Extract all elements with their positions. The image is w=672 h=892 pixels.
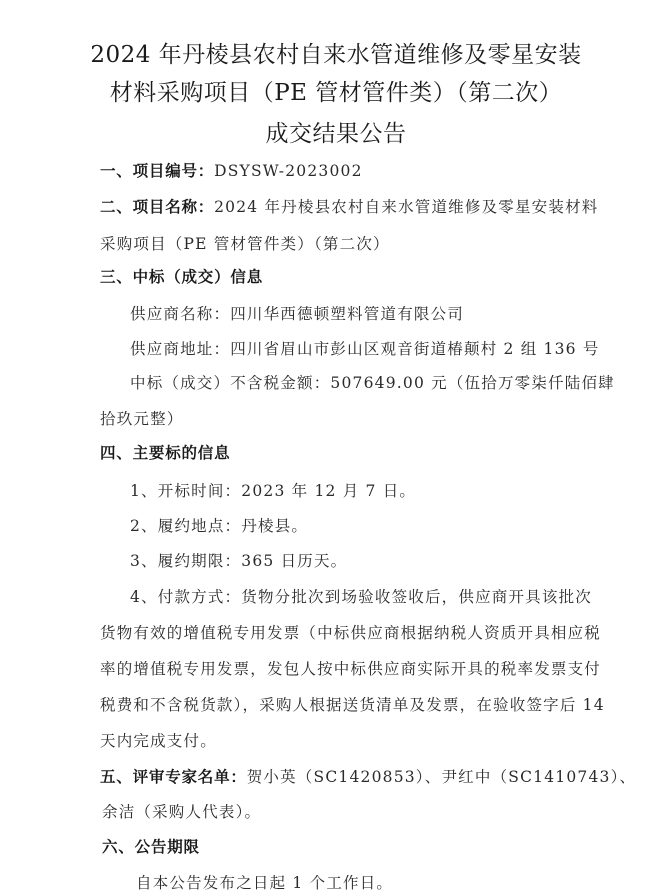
supplier-name: 供应商名称：四川华西德顿塑料管道有限公司 bbox=[130, 302, 464, 324]
payment-method-line-3: 率的增值税专用发票，发包人按中标供应商实际开具的税率发票支付 bbox=[100, 657, 601, 679]
document-page: 2024 年丹棱县农村自来水管道维修及零星安装 材料采购项目（PE 管材管件类）… bbox=[0, 0, 672, 892]
project-number-value: DSYSW-2023002 bbox=[214, 162, 363, 180]
experts-value: 贺小英（SC1420853）、尹红中（SC1410743）、 bbox=[247, 768, 637, 786]
supplier-address: 供应商地址：四川省眉山市彭山区观音街道椿颠村 2 组 136 号 bbox=[130, 337, 600, 359]
section-main-subject-heading: 四、主要标的信息 bbox=[100, 441, 230, 463]
subject-item-performance-location: 2、履约地点：丹棱县。 bbox=[130, 514, 308, 536]
document-title-line-2: 材料采购项目（PE 管材管件类）（第二次） bbox=[0, 74, 672, 107]
section-experts: 五、评审专家名单：贺小英（SC1420853）、尹红中（SC1410743）、 bbox=[100, 765, 636, 787]
section-project-name: 二、项目名称：2024 年丹棱县农村自来水管道维修及零星安装材料 bbox=[100, 195, 598, 217]
payment-method-line-5: 天内完成支付。 bbox=[100, 729, 217, 751]
section-award-info-heading: 三、中标（成交）信息 bbox=[100, 265, 263, 287]
subject-item-bid-opening-time: 1、开标时间：2023 年 12 月 7 日。 bbox=[130, 479, 416, 501]
award-amount-continuation: 拾玖元整） bbox=[100, 407, 184, 429]
document-title-line-1: 2024 年丹棱县农村自来水管道维修及零星安装 bbox=[0, 36, 672, 69]
project-name-value: 2024 年丹棱县农村自来水管道维修及零星安装材料 bbox=[214, 198, 598, 216]
payment-method-line-4: 税费和不含税货款），采购人根据送货清单及发票，在验收签字后 14 bbox=[100, 693, 605, 715]
section-heading: 五、评审专家名单： bbox=[100, 768, 247, 786]
payment-method-line-1: 4、付款方式：货物分批次到场验收签收后，供应商开具该批次 bbox=[130, 585, 592, 607]
award-amount: 中标（成交）不含税金额：507649.00 元（伍拾万零柒仟陆佰肆 bbox=[130, 371, 615, 393]
experts-continuation: 余洁（采购人代表）。 bbox=[102, 800, 261, 822]
section-notice-period-heading: 六、公告期限 bbox=[102, 835, 200, 857]
section-project-number: 一、项目编号：DSYSW-2023002 bbox=[100, 159, 363, 181]
subject-item-performance-period: 3、履约期限：365 日历天。 bbox=[130, 549, 347, 571]
notice-period-value: 自本公告发布之日起 1 个工作日。 bbox=[136, 871, 393, 892]
project-name-continuation: 采购项目（PE 管材管件类）（第二次） bbox=[100, 232, 390, 254]
document-subtitle: 成交结果公告 bbox=[0, 115, 672, 148]
payment-method-line-2: 货物有效的增值税专用发票（中标供应商根据纳税人资质开具相应税 bbox=[100, 621, 601, 643]
section-heading: 一、项目编号： bbox=[100, 162, 214, 180]
section-heading: 二、项目名称： bbox=[100, 198, 214, 216]
